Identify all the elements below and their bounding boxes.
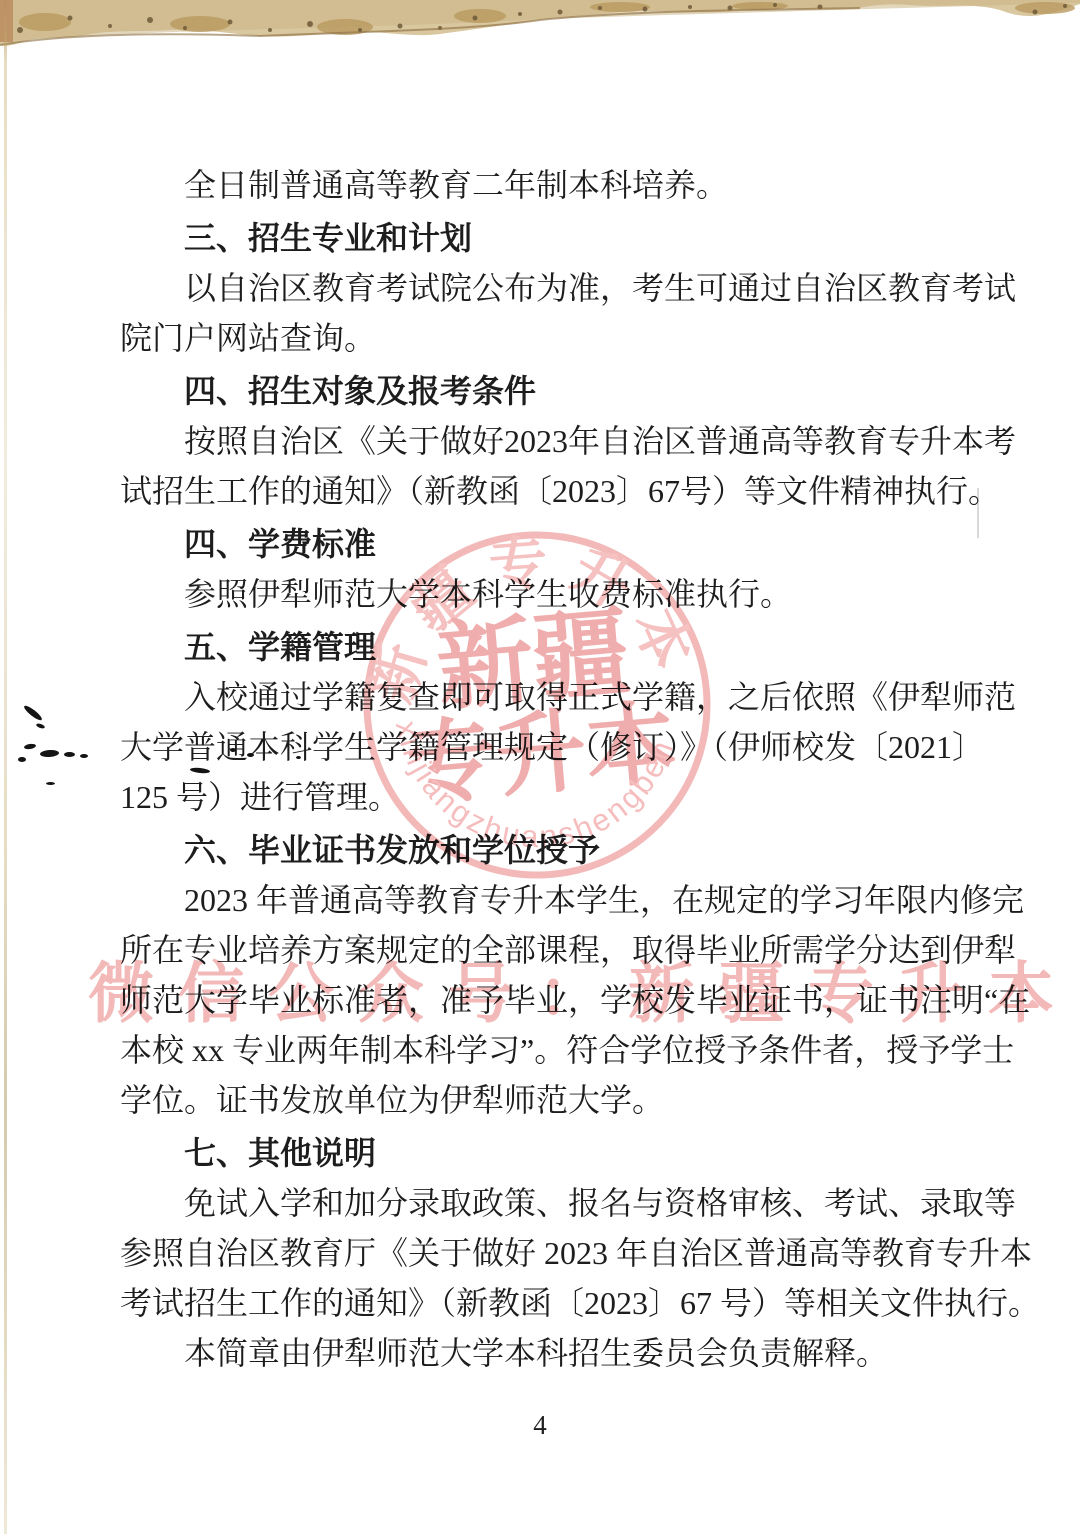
text-line: 参照自治区教育厅《关于做好 2023 年自治区普通高等教育专升本 [120,1228,1000,1278]
text-line: 考试招生工作的通知》（新教函〔2023〕67 号）等相关文件执行。 [120,1278,1000,1328]
page-number: 4 [0,1410,1080,1441]
section-heading: 七、其他说明 [120,1128,1000,1178]
text-line: 免试入学和加分录取政策、报名与资格审核、考试、录取等 [120,1178,1000,1228]
section-heading: 三、招生专业和计划 [120,213,1000,263]
text-line: 本简章由伊犁师范大学本科招生委员会负责解释。 [120,1328,1000,1378]
text-line: 全日制普通高等教育二年制本科培养。 [120,160,1000,210]
page-edge-strip [4,0,7,1534]
watermark-seal: 新疆专升本 新疆 专升本 xinjiangzhuanshengben [234,402,841,1009]
watermark-banner: 微信公众号：新疆专升本 [88,940,1078,1035]
section-heading: 四、招生对象及报考条件 [120,366,1000,416]
text-line: 以自治区教育考试院公布为准，考生可通过自治区教育考试 [120,263,1000,313]
text-line: 学位。证书发放单位为伊犁师范大学。 [120,1075,1000,1125]
torn-paper-edge [0,0,1080,70]
scanned-document-page: 全日制普通高等教育二年制本科培养。三、招生专业和计划以自治区教育考试院公布为准，… [0,0,1080,1534]
text-line: 院门户网站查询。 [120,313,1000,363]
